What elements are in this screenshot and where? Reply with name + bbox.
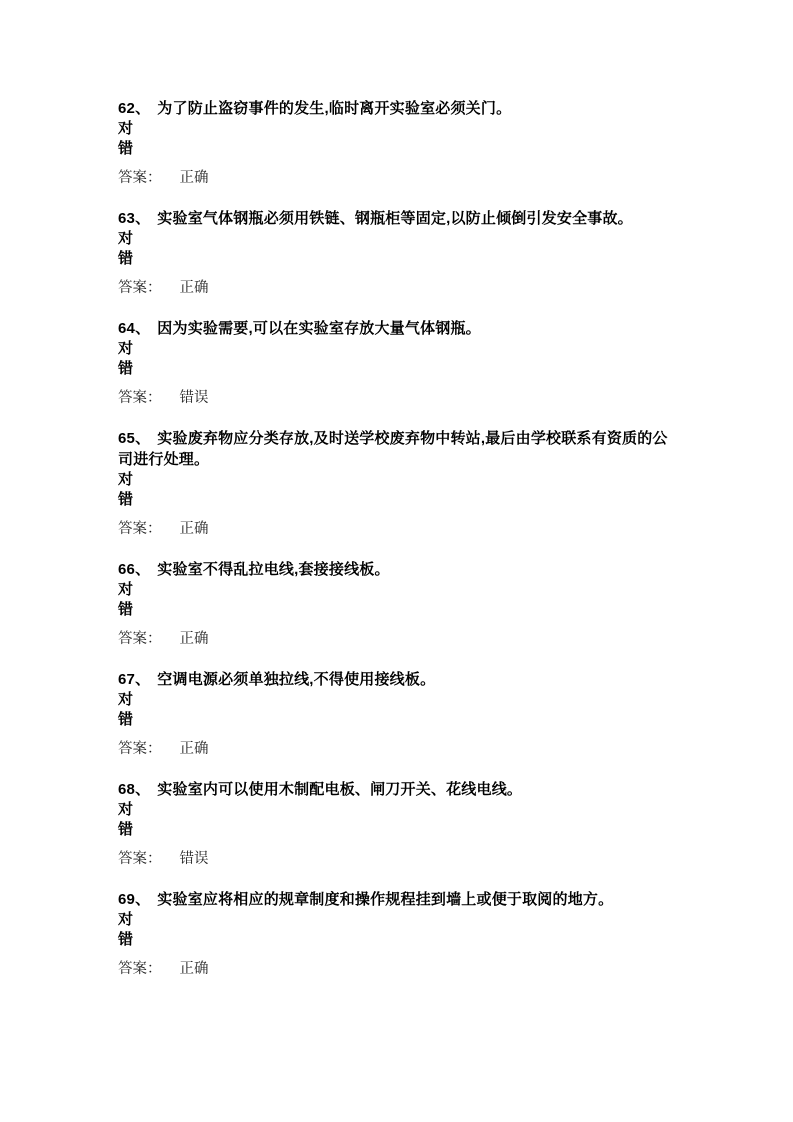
answer-value: 正确 [180, 631, 209, 647]
question-number: 66、 [118, 561, 150, 578]
question-number: 64、 [118, 320, 150, 337]
option-true: 对 [118, 470, 675, 490]
option-false: 错 [118, 249, 675, 269]
answer-line: 答案：正确 [118, 959, 675, 979]
question-block: 63、实验室气体钢瓶必须用铁链、钢瓶柜等固定,以防止倾倒引发安全事故。 对 错 … [118, 208, 675, 298]
question-text: 实验废弃物应分类存放,及时送学校废弃物中转站,最后由学校联系有资质的公司进行处理… [118, 430, 668, 468]
option-false: 错 [118, 930, 675, 950]
question-line: 66、实验室不得乱拉电线,套接接线板。 [118, 559, 675, 580]
question-block: 65、实验废弃物应分类存放,及时送学校废弃物中转站,最后由学校联系有资质的公司进… [118, 428, 675, 539]
quiz-page: 62、为了防止盗窃事件的发生,临时离开实验室必须关门。 对 错 答案：正确 63… [0, 0, 793, 1122]
question-line: 63、实验室气体钢瓶必须用铁链、钢瓶柜等固定,以防止倾倒引发安全事故。 [118, 208, 675, 229]
option-true: 对 [118, 339, 675, 359]
answer-label: 答案： [118, 280, 162, 296]
answer-label: 答案： [118, 741, 162, 757]
question-block: 66、实验室不得乱拉电线,套接接线板。 对 错 答案：正确 [118, 559, 675, 649]
answer-label: 答案： [118, 851, 162, 867]
question-text: 为了防止盗窃事件的发生,临时离开实验室必须关门。 [157, 100, 511, 117]
question-number: 62、 [118, 100, 150, 117]
question-text: 实验室内可以使用木制配电板、闸刀开关、花线电线。 [157, 781, 522, 798]
question-number: 65、 [118, 430, 150, 447]
question-number: 63、 [118, 210, 150, 227]
question-number: 69、 [118, 891, 150, 908]
answer-value: 正确 [180, 521, 209, 537]
answer-label: 答案： [118, 390, 162, 406]
answer-line: 答案：错误 [118, 388, 675, 408]
question-block: 67、空调电源必须单独拉线,不得使用接线板。 对 错 答案：正确 [118, 669, 675, 759]
option-false: 错 [118, 359, 675, 379]
answer-line: 答案：正确 [118, 278, 675, 298]
answer-label: 答案： [118, 961, 162, 977]
option-false: 错 [118, 490, 675, 510]
answer-value: 正确 [180, 170, 209, 186]
question-text: 空调电源必须单独拉线,不得使用接线板。 [157, 671, 435, 688]
option-true: 对 [118, 690, 675, 710]
option-true: 对 [118, 229, 675, 249]
question-text: 因为实验需要,可以在实验室存放大量气体钢瓶。 [157, 320, 481, 337]
answer-label: 答案： [118, 170, 162, 186]
answer-value: 错误 [180, 851, 209, 867]
question-text: 实验室应将相应的规章制度和操作规程挂到墙上或便于取阅的地方。 [157, 891, 613, 908]
answer-line: 答案：正确 [118, 519, 675, 539]
option-false: 错 [118, 710, 675, 730]
option-false: 错 [118, 820, 675, 840]
questions-list: 62、为了防止盗窃事件的发生,临时离开实验室必须关门。 对 错 答案：正确 63… [118, 98, 675, 979]
question-number: 67、 [118, 671, 150, 688]
option-true: 对 [118, 910, 675, 930]
question-text: 实验室气体钢瓶必须用铁链、钢瓶柜等固定,以防止倾倒引发安全事故。 [157, 210, 633, 227]
answer-label: 答案： [118, 521, 162, 537]
question-line: 65、实验废弃物应分类存放,及时送学校废弃物中转站,最后由学校联系有资质的公司进… [118, 428, 675, 470]
question-line: 67、空调电源必须单独拉线,不得使用接线板。 [118, 669, 675, 690]
option-false: 错 [118, 600, 675, 620]
question-line: 69、实验室应将相应的规章制度和操作规程挂到墙上或便于取阅的地方。 [118, 889, 675, 910]
question-block: 64、因为实验需要,可以在实验室存放大量气体钢瓶。 对 错 答案：错误 [118, 318, 675, 408]
option-true: 对 [118, 580, 675, 600]
question-block: 68、实验室内可以使用木制配电板、闸刀开关、花线电线。 对 错 答案：错误 [118, 779, 675, 869]
question-text: 实验室不得乱拉电线,套接接线板。 [157, 561, 389, 578]
option-true: 对 [118, 800, 675, 820]
answer-value: 错误 [180, 390, 209, 406]
answer-line: 答案：错误 [118, 849, 675, 869]
question-block: 69、实验室应将相应的规章制度和操作规程挂到墙上或便于取阅的地方。 对 错 答案… [118, 889, 675, 979]
answer-value: 正确 [180, 741, 209, 757]
answer-value: 正确 [180, 280, 209, 296]
question-line: 62、为了防止盗窃事件的发生,临时离开实验室必须关门。 [118, 98, 675, 119]
answer-line: 答案：正确 [118, 629, 675, 649]
answer-line: 答案：正确 [118, 739, 675, 759]
question-number: 68、 [118, 781, 150, 798]
answer-label: 答案： [118, 631, 162, 647]
option-true: 对 [118, 119, 675, 139]
question-line: 68、实验室内可以使用木制配电板、闸刀开关、花线电线。 [118, 779, 675, 800]
answer-line: 答案：正确 [118, 168, 675, 188]
question-line: 64、因为实验需要,可以在实验室存放大量气体钢瓶。 [118, 318, 675, 339]
question-block: 62、为了防止盗窃事件的发生,临时离开实验室必须关门。 对 错 答案：正确 [118, 98, 675, 188]
answer-value: 正确 [180, 961, 209, 977]
option-false: 错 [118, 139, 675, 159]
